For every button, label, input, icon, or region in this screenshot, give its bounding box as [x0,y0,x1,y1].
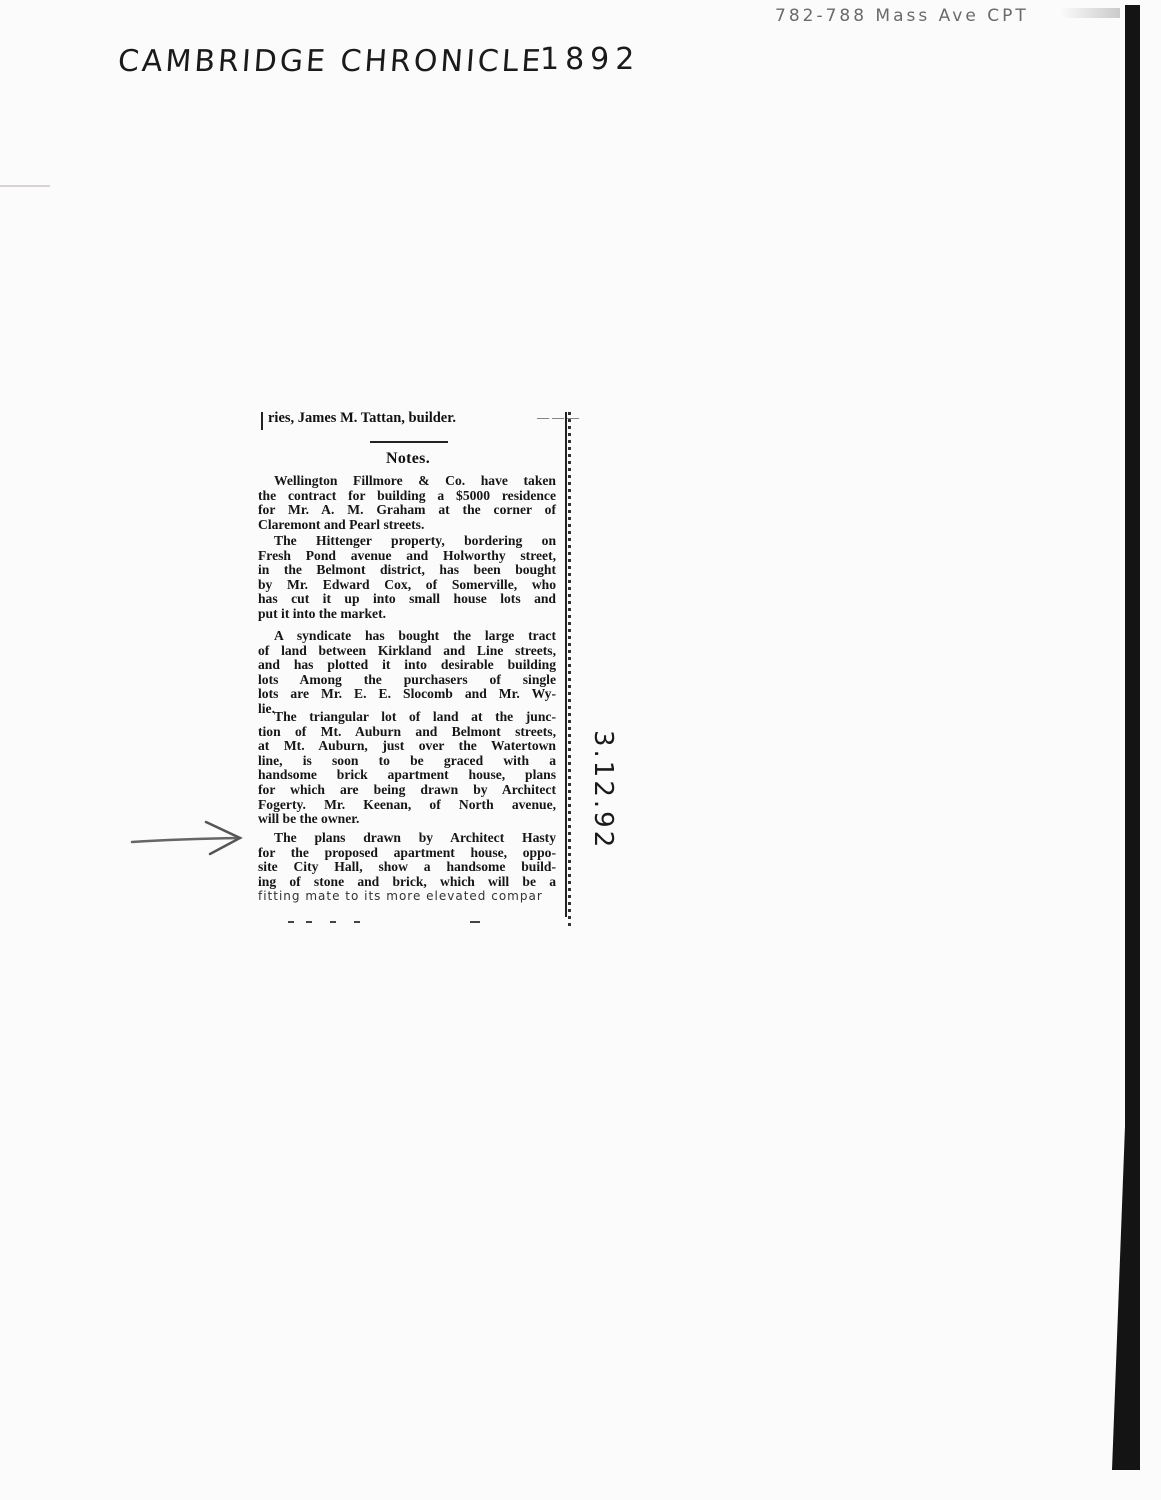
section-heading: Notes. [258,450,558,468]
handwritten-date: 3.12.92 [588,730,618,840]
scan-mark [0,185,50,187]
section-separator [370,441,448,443]
clipping-cut-marks [258,915,558,929]
dash-mark: — — — [537,410,579,425]
paragraph-triangular-lot: The triangular lot of land at the junc- … [258,710,556,827]
handwritten-title: CAMBRIDGE CHRONICLE [117,44,545,79]
scan-edge-taper [1112,1100,1140,1470]
paragraph-fillmore: Wellington Fillmore & Co. have taken the… [258,474,556,532]
handwritten-address: 782-788 Mass Ave CPT [775,6,1029,26]
previous-article-tail: ries, James M. Tattan, builder. [268,410,456,427]
paragraph-syndicate: A syndicate has bought the large tract o… [258,629,556,717]
arrow-right-icon [128,818,248,858]
paragraph-hittenger: The Hittenger property, bordering on Fre… [258,534,556,622]
scan-smudge [1060,8,1120,18]
handwritten-year: 1892 [540,42,640,77]
paragraph-hasty-plans: The plans drawn by Architect Hasty for t… [258,831,556,904]
column-dotted-rule [568,412,571,927]
column-tick [261,412,263,430]
column-rule [565,412,567,917]
